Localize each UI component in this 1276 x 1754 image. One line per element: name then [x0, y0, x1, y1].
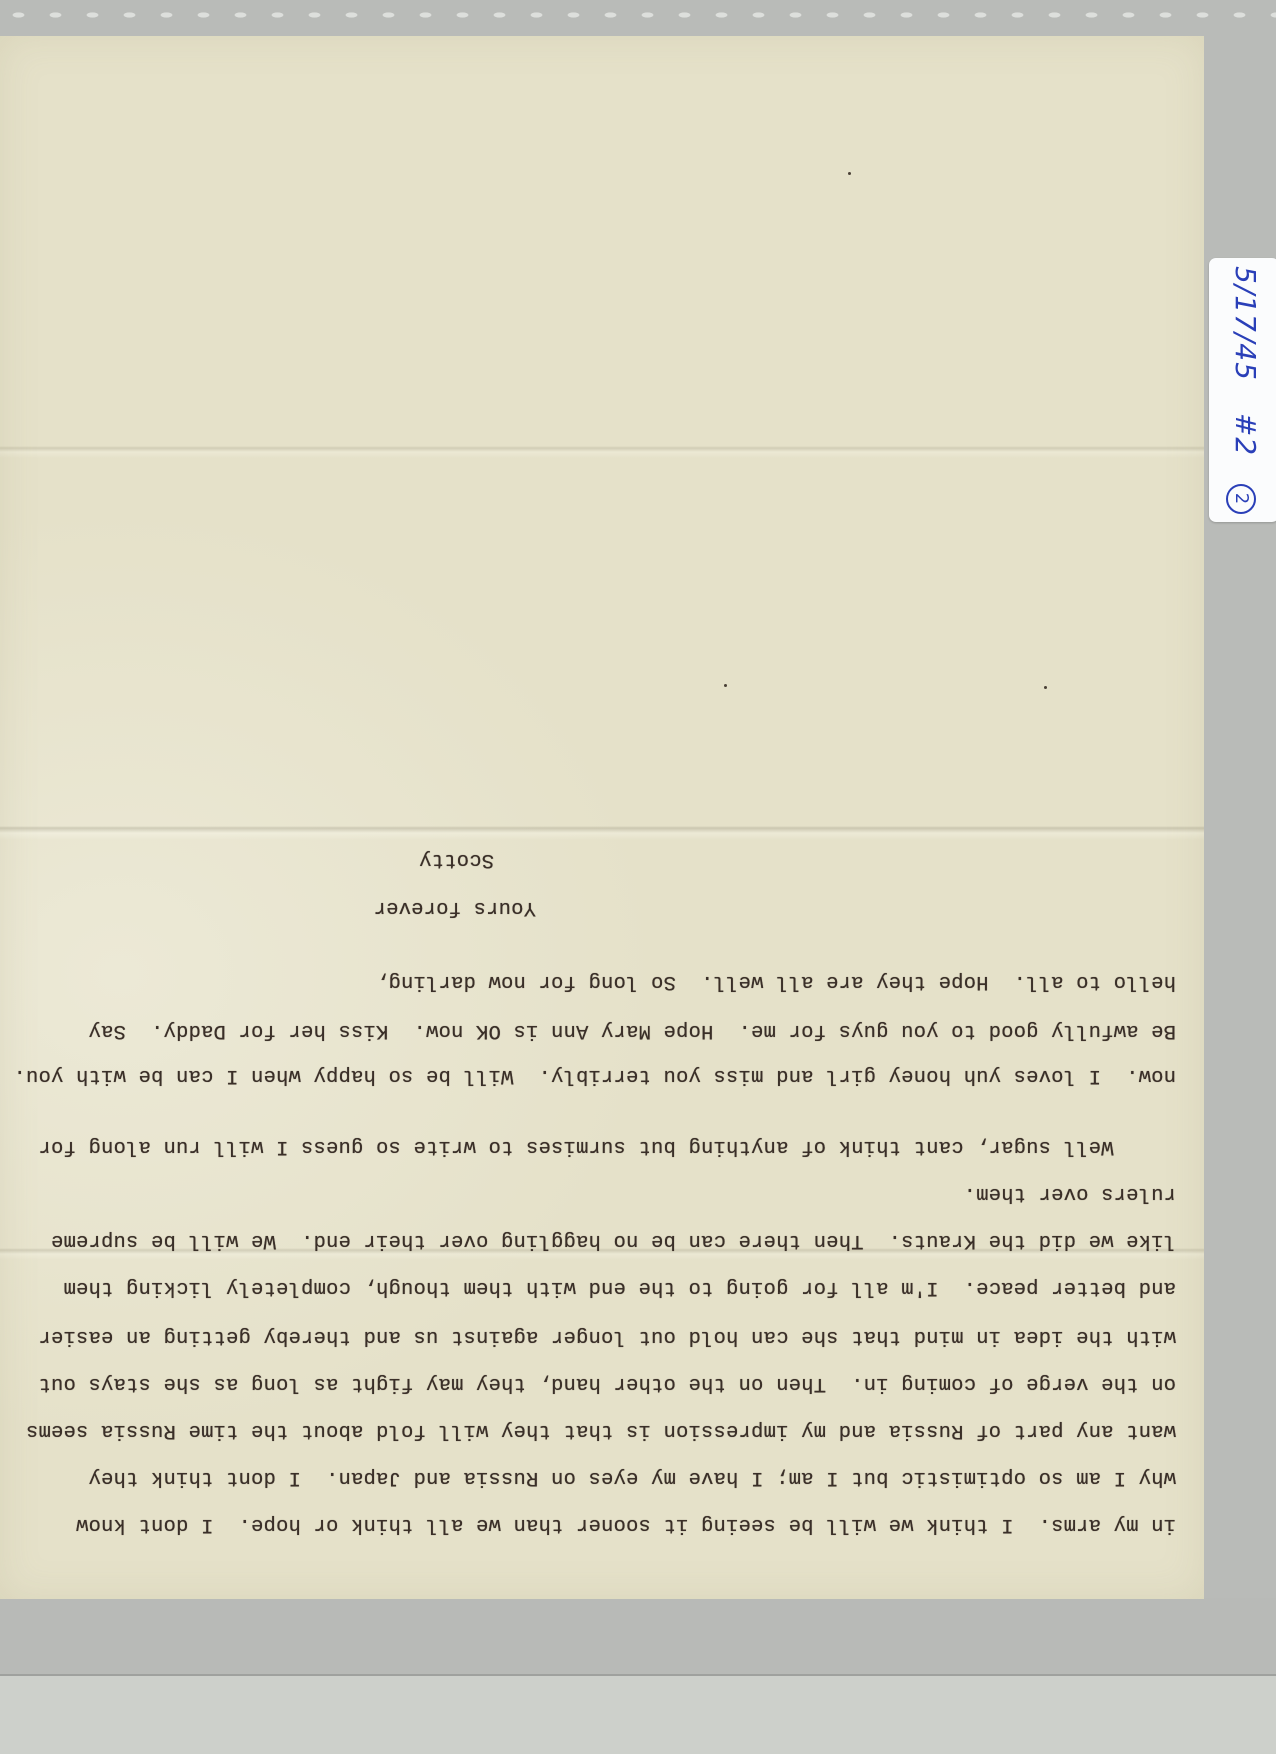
letter-line: rulers over them. [963, 1182, 1176, 1205]
protective-sleeve-bottom [0, 1598, 1276, 1676]
letter-line: Be awfully good to you guys for me. Hope… [88, 1019, 1176, 1042]
letter-line: like we did the Krauts. Then there can b… [51, 1229, 1176, 1252]
letter-line: and better peace. I'm all for going to t… [63, 1276, 1176, 1299]
archive-date: 5/17/45 [1229, 266, 1262, 381]
archive-label-card: 5/17/45 #2 2 [1209, 258, 1276, 522]
circled-number: 2 [1226, 484, 1256, 514]
letter-closing: Yours forever [373, 896, 536, 919]
scanner-background-strip [0, 1676, 1276, 1754]
letter-line: now. I loves yuh honey girl and miss you… [13, 1064, 1176, 1087]
letter-line: want any part of Russia and my impressio… [26, 1419, 1176, 1442]
archive-label-text: 5/17/45 #2 2 [1226, 266, 1262, 514]
letter-line: on the verge of coming in. Then on the o… [38, 1372, 1176, 1395]
archive-number: #2 [1229, 413, 1262, 456]
protective-sleeve-top [0, 0, 1276, 36]
letter-line: why I am so optimistic but I am; I have … [88, 1466, 1176, 1489]
letter-line: Well sugar, cant think of anything but s… [38, 1135, 1176, 1158]
typed-letter-upside-down: in my arms. I think we will be seeing it… [0, 36, 1204, 1599]
letter-line: hello to all. Hope they are all well. So… [376, 970, 1176, 993]
letter-signature: Scotty [419, 848, 494, 871]
letter-line: with the idea in mind that she can hold … [38, 1325, 1176, 1348]
sleeve-binder-perforations [0, 10, 1276, 20]
letter-line: in my arms. I think we will be seeing it… [76, 1513, 1176, 1536]
